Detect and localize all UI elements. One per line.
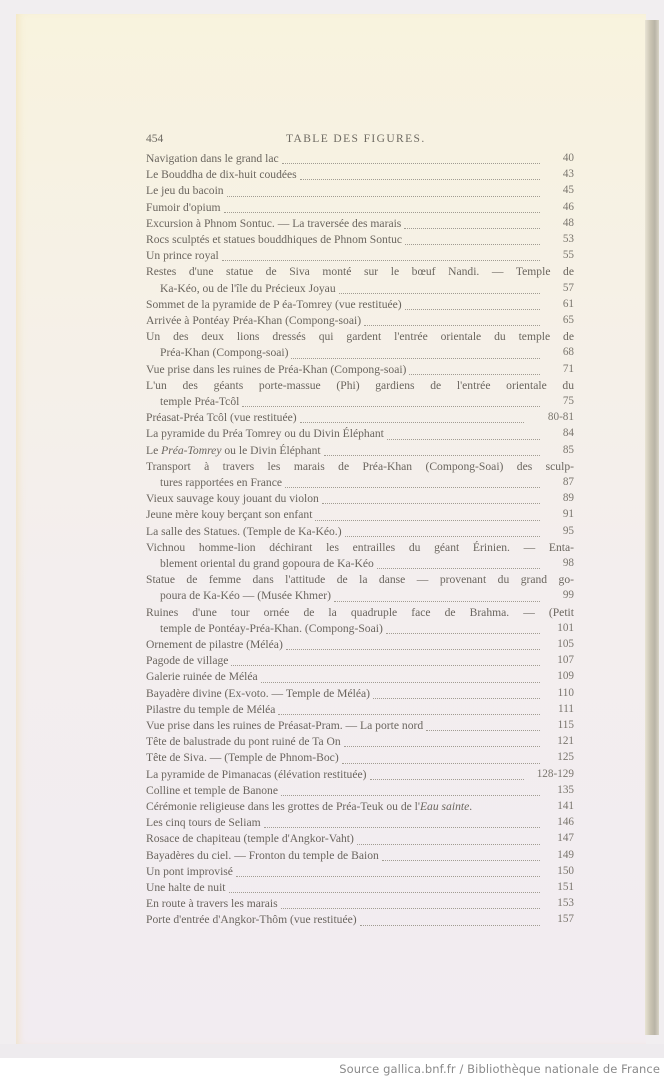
figure-entry: Vieux sauvage kouy jouant du violon89 [146,492,574,508]
entry-page-number: 141 [544,800,574,812]
figure-entry: Porte d'entrée d'Angkor-Thôm (vue restit… [146,913,574,929]
entry-page-number: 157 [544,913,574,925]
figure-entry: Bayadères du ciel. — Fronton du temple d… [146,849,574,865]
figure-entry: Restes d'une statue de Siva monté sur le… [146,265,574,297]
entry-text: Préa-Khan (Compong-soai) [160,346,288,362]
entry-text: Un prince royal [146,249,219,265]
figure-entry: La pyramide de Pimanacas (élévation rest… [146,768,574,784]
dot-leader [242,395,540,407]
entry-title-line: Jeune mère kouy berçant son enfant [146,508,542,524]
dot-leader [377,557,540,569]
dot-leader [261,670,540,682]
entry-page-number: 98 [544,557,574,569]
dot-leader [300,411,524,423]
entry-title-line: Un des deux lions dressés qui gardent l'… [146,330,574,346]
entry-page-number: 68 [544,346,574,358]
dot-leader [409,363,540,375]
dot-leader [282,152,540,164]
entry-title-line: La pyramide de Pimanacas (élévation rest… [146,768,526,784]
entry-page-number: 101 [544,622,574,634]
entry-text: Ruines d'une tour ornée de la quadruple … [146,606,574,622]
scan-bottom-strip [0,1044,664,1058]
entry-page-number: 65 [544,314,574,326]
entry-text: Jeune mère kouy berçant son enfant [146,508,312,524]
figure-entry: Ornement de pilastre (Méléa)105 [146,638,574,654]
entry-title-line: Le Préa-Tomrey ou le Divin Éléphant [146,444,542,460]
entry-text: La pyramide de Pimanacas (élévation rest… [146,768,367,784]
entry-title-line: Vue prise dans les ruines de Préasat-Pra… [146,719,542,735]
entry-text: La pyramide du Préa Tomrey ou du Divin É… [146,427,384,443]
figure-entry: Vue prise dans les ruines de Préasat-Pra… [146,719,574,735]
entry-title-line: Rocs sculptés et statues bouddhiques de … [146,233,542,249]
dot-leader [281,784,540,796]
entry-continuation-line: poura de Ka-Kéo — (Musée Khmer) [160,589,542,605]
figure-entry: Le Préa-Tomrey ou le Divin Éléphant85 [146,444,574,460]
entry-text: Tête de balustrade du pont ruiné de Ta O… [146,735,341,751]
entry-text: Rocs sculptés et statues bouddhiques de … [146,233,402,249]
dot-leader [373,687,540,699]
entry-page-number: 128-129 [528,768,574,780]
figure-entry: Ruines d'une tour ornée de la quadruple … [146,606,574,638]
dot-leader [322,492,540,504]
figure-entry: L'un des géants porte-massue (Phi) gardi… [146,379,574,411]
figure-entry: Rocs sculptés et statues bouddhiques de … [146,233,574,249]
figure-entry: Le jeu du bacoin45 [146,184,574,200]
figure-entry: Excursion à Phnom Sontuc. — La traversée… [146,217,574,233]
entry-text: Arrivée à Pontéay Préa-Khan (Compong-soa… [146,314,361,330]
entry-page-number: 135 [544,784,574,796]
dot-leader [227,184,540,196]
figure-entry: La pyramide du Préa Tomrey ou du Divin É… [146,427,574,443]
entry-title-line: Statue de femme dans l'attitude de la da… [146,573,574,589]
entry-text: Tête de Siva. — (Temple de Phnom-Boc) [146,751,339,767]
entry-text: Cérémonie religieuse dans les grottes de… [146,800,472,816]
entry-title-line: Galerie ruinée de Méléa [146,670,542,686]
figure-entry: Galerie ruinée de Méléa109 [146,670,574,686]
entry-page-number: 91 [544,508,574,520]
entry-text: poura de Ka-Kéo — (Musée Khmer) [160,589,331,605]
entry-page-number: 84 [544,427,574,439]
figure-entry: Sommet de la pyramide de P éa-Tomrey (vu… [146,298,574,314]
entry-page-number: 146 [544,816,574,828]
entry-text: Bayadères du ciel. — Fronton du temple d… [146,849,379,865]
entry-title-line: Ornement de pilastre (Méléa) [146,638,542,654]
figure-entry: Bayadère divine (Ex-voto. — Temple de Mé… [146,687,574,703]
entry-text: Bayadère divine (Ex-voto. — Temple de Mé… [146,687,370,703]
entry-title-line: Excursion à Phnom Sontuc. — La traversée… [146,217,542,233]
dot-leader [315,508,540,520]
entry-title-line: Vieux sauvage kouy jouant du violon [146,492,542,508]
figure-entry: La salle des Statues. (Temple de Ka-Kéo.… [146,525,574,541]
entry-text: Un pont improvisé [146,865,233,881]
entry-page-number: 43 [544,168,574,180]
entry-page-number: 89 [544,492,574,504]
figure-entry: Tête de Siva. — (Temple de Phnom-Boc)125 [146,751,574,767]
entry-page-number: 115 [544,719,574,731]
entry-text: Une halte de nuit [146,881,226,897]
entry-page-number: 121 [544,735,574,747]
entry-continuation-line: Préa-Khan (Compong-soai) [160,346,542,362]
entry-text: Un des deux lions dressés qui gardent l'… [146,330,574,346]
entry-page-number: 109 [544,670,574,682]
figure-entry: Un des deux lions dressés qui gardent l'… [146,330,574,362]
dot-leader [426,719,540,731]
entry-page-number: 55 [544,249,574,261]
dot-leader [404,217,540,229]
dot-leader [344,735,540,747]
entry-text: Fumoir d'opium [146,201,221,217]
entry-page-number: 75 [544,395,574,407]
entry-page-number: 40 [544,152,574,164]
entry-title-line: Cérémonie religieuse dans les grottes de… [146,800,542,816]
dot-leader [291,346,540,358]
dot-leader [286,638,540,650]
running-title: TABLE DES FIGURES. [286,133,426,145]
entry-text: Pilastre du temple de Méléa [146,703,275,719]
figure-entry: Préasat-Préa Tcôl (vue restituée)80-81 [146,411,574,427]
dot-leader [405,233,540,245]
dot-leader [224,201,540,213]
entry-continuation-line: temple de Pontéay-Préa-Khan. (Compong-So… [160,622,542,638]
figure-entry: Fumoir d'opium46 [146,201,574,217]
figure-entry: Pilastre du temple de Méléa111 [146,703,574,719]
entry-page-number: 151 [544,881,574,893]
dot-leader [405,298,540,310]
entry-page-number: 87 [544,476,574,488]
entry-title-line: Pilastre du temple de Méléa [146,703,542,719]
entry-title-line: Un prince royal [146,249,542,265]
figure-entry: Tête de balustrade du pont ruiné de Ta O… [146,735,574,751]
entry-page-number: 57 [544,282,574,294]
entry-title-line: La salle des Statues. (Temple de Ka-Kéo.… [146,525,542,541]
figure-entry: Statue de femme dans l'attitude de la da… [146,573,574,605]
dot-leader [382,849,540,861]
entry-text: Ka-Kéo, ou de l'île du Précieux Joyau [160,282,336,298]
entry-title-line: Rosace de chapiteau (temple d'Angkor-Vah… [146,832,542,848]
figure-entry: Un prince royal55 [146,249,574,265]
entry-title-line: Bayadère divine (Ex-voto. — Temple de Mé… [146,687,542,703]
entry-title-line: Pagode de village [146,654,542,670]
entry-text: Ornement de pilastre (Méléa) [146,638,283,654]
entry-title-line: Fumoir d'opium [146,201,542,217]
figure-entry: Vichnou homme-lion déchirant les entrail… [146,541,574,573]
dot-leader [345,525,540,537]
dot-leader [387,427,540,439]
entry-title-line: Restes d'une statue de Siva monté sur le… [146,265,574,281]
figure-entry: Le Bouddha de dix-huit coudées43 [146,168,574,184]
figure-entry: Une halte de nuit151 [146,881,574,897]
entry-page-number: 149 [544,849,574,861]
entry-text: Le jeu du bacoin [146,184,224,200]
entry-page-number: 80-81 [528,411,574,423]
dot-leader [300,168,540,180]
entry-text: Préasat-Préa Tcôl (vue restituée) [146,411,297,427]
dot-leader [370,768,524,780]
dot-leader [342,751,540,763]
entry-page-number: 125 [544,751,574,763]
figure-entry: Colline et temple de Banone135 [146,784,574,800]
dot-leader [339,282,540,294]
book-page-edge [645,20,659,1035]
entry-title-line: Porte d'entrée d'Angkor-Thôm (vue restit… [146,913,542,929]
dot-leader [357,832,540,844]
entry-page-number: 46 [544,201,574,213]
entry-text: Le Préa-Tomrey ou le Divin Éléphant [146,444,321,460]
figure-entry: En route à travers les marais153 [146,897,574,913]
dot-leader [285,476,540,488]
figure-entry: Un pont improvisé150 [146,865,574,881]
entry-text: Le Bouddha de dix-huit coudées [146,168,297,184]
entry-title-line: Un pont improvisé [146,865,542,881]
figure-entry: Les cinq tours de Seliam146 [146,816,574,832]
entry-title-line: La pyramide du Préa Tomrey ou du Divin É… [146,427,542,443]
entry-text: La salle des Statues. (Temple de Ka-Kéo.… [146,525,342,541]
dot-leader [281,897,540,909]
dot-leader [278,703,540,715]
entry-title-line: Tête de balustrade du pont ruiné de Ta O… [146,735,542,751]
entry-page-number: 61 [544,298,574,310]
entry-continuation-line: tures rapportées en France [160,476,542,492]
entry-text: Rosace de chapiteau (temple d'Angkor-Vah… [146,832,354,848]
dot-leader [229,881,540,893]
entry-text: blement oriental du grand gopoura de Ka-… [160,557,374,573]
entry-text: Navigation dans le grand lac [146,152,279,168]
entry-title-line: Arrivée à Pontéay Préa-Khan (Compong-soa… [146,314,542,330]
entry-text: Porte d'entrée d'Angkor-Thôm (vue restit… [146,913,357,929]
entry-text: Statue de femme dans l'attitude de la da… [146,573,574,589]
entry-text: L'un des géants porte-massue (Phi) gardi… [146,379,574,395]
entry-text: Galerie ruinée de Méléa [146,670,258,686]
entry-text: Excursion à Phnom Sontuc. — La traversée… [146,217,401,233]
entry-text: Les cinq tours de Seliam [146,816,261,832]
figure-entry: Rosace de chapiteau (temple d'Angkor-Vah… [146,832,574,848]
entry-title-line: Le Bouddha de dix-huit coudées [146,168,542,184]
entry-title-line: Ruines d'une tour ornée de la quadruple … [146,606,574,622]
entry-title-line: Tête de Siva. — (Temple de Phnom-Boc) [146,751,542,767]
page-number: 454 [146,133,163,145]
source-attribution: Source gallica.bnf.fr / Bibliothèque nat… [339,1062,660,1076]
entry-text: Vieux sauvage kouy jouant du violon [146,492,319,508]
figure-entry: Cérémonie religieuse dans les grottes de… [146,800,574,816]
figure-entry: Navigation dans le grand lac40 [146,152,574,168]
entry-text: Sommet de la pyramide de P éa-Tomrey (vu… [146,298,402,314]
entry-title-line: Le jeu du bacoin [146,184,542,200]
running-header: 454 TABLE DES FIGURES. [146,133,556,149]
entry-page-number: 105 [544,638,574,650]
dot-leader [324,444,540,456]
entry-title-line: Navigation dans le grand lac [146,152,542,168]
entry-text: En route à travers les marais [146,897,278,913]
figure-entry: Pagode de village107 [146,654,574,670]
entry-page-number: 95 [544,525,574,537]
entry-title-line: Vichnou homme-lion déchirant les entrail… [146,541,574,557]
dot-leader [222,249,540,261]
entry-title-line: En route à travers les marais [146,897,542,913]
entry-title-line: L'un des géants porte-massue (Phi) gardi… [146,379,574,395]
entry-title-line: Vue prise dans les ruines de Préa-Khan (… [146,363,542,379]
entry-title-line: Les cinq tours de Seliam [146,816,542,832]
entry-text: Vue prise dans les ruines de Préa-Khan (… [146,363,406,379]
entry-page-number: 107 [544,654,574,666]
entry-title-line: Une halte de nuit [146,881,542,897]
entry-page-number: 147 [544,832,574,844]
entry-page-number: 110 [544,687,574,699]
entry-page-number: 45 [544,184,574,196]
dot-leader [360,913,540,925]
dot-leader [386,622,540,634]
entry-title-line: Colline et temple de Banone [146,784,542,800]
figure-entry: Transport à travers les marais de Préa-K… [146,460,574,492]
entry-continuation-line: Ka-Kéo, ou de l'île du Précieux Joyau [160,282,542,298]
entry-page-number: 53 [544,233,574,245]
entry-text: Vichnou homme-lion déchirant les entrail… [146,541,574,557]
entry-text: Pagode de village [146,654,228,670]
dot-leader [364,314,540,326]
entry-title-line: Préasat-Préa Tcôl (vue restituée) [146,411,526,427]
dot-leader [231,654,540,666]
entry-text: temple de Pontéay-Préa-Khan. (Compong-So… [160,622,383,638]
entry-page-number: 71 [544,363,574,375]
figure-entry: Jeune mère kouy berçant son enfant91 [146,508,574,524]
entry-text: Colline et temple de Banone [146,784,278,800]
entry-title-line: Transport à travers les marais de Préa-K… [146,460,574,476]
entry-continuation-line: temple Préa-Tcôl [160,395,542,411]
entry-text: temple Préa-Tcôl [160,395,239,411]
entry-page-number: 153 [544,897,574,909]
dot-leader [264,816,540,828]
entry-continuation-line: blement oriental du grand gopoura de Ka-… [160,557,542,573]
entry-page-number: 85 [544,444,574,456]
entry-text: Transport à travers les marais de Préa-K… [146,460,574,476]
entry-title-line: Sommet de la pyramide de P éa-Tomrey (vu… [146,298,542,314]
figure-entry: Arrivée à Pontéay Préa-Khan (Compong-soa… [146,314,574,330]
entry-text: tures rapportées en France [160,476,282,492]
dot-leader [334,589,540,601]
dot-leader [236,865,540,877]
figure-entry: Vue prise dans les ruines de Préa-Khan (… [146,363,574,379]
entry-page-number: 48 [544,217,574,229]
entry-title-line: Bayadères du ciel. — Fronton du temple d… [146,849,542,865]
entry-text: Restes d'une statue de Siva monté sur le… [146,265,574,281]
entry-page-number: 111 [544,703,574,715]
entry-text: Vue prise dans les ruines de Préasat-Pra… [146,719,423,735]
entry-page-number: 99 [544,589,574,601]
entry-page-number: 150 [544,865,574,877]
